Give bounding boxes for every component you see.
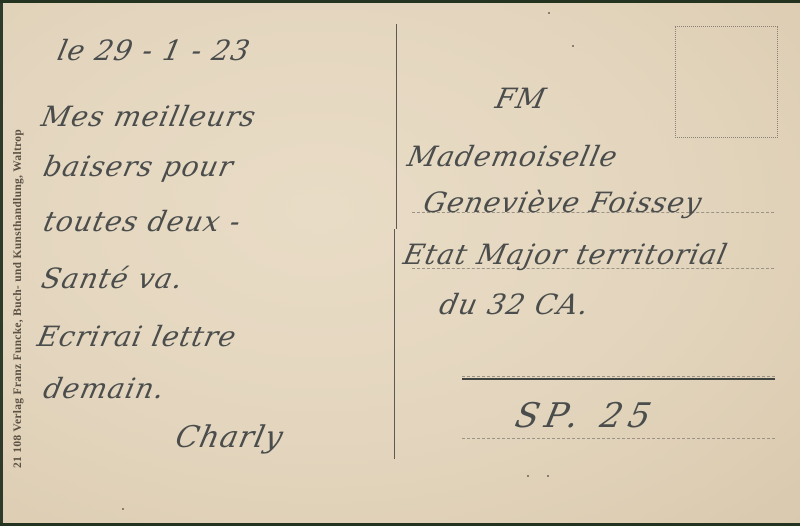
message-line: toutes deux - bbox=[40, 205, 244, 238]
paper-speck bbox=[527, 475, 529, 477]
address-line: Geneviève Foissey bbox=[420, 186, 705, 219]
paper-speck bbox=[547, 475, 549, 477]
stamp-box bbox=[675, 26, 778, 138]
address-line: Etat Major territorial bbox=[400, 238, 730, 271]
message-line: Mes meilleurs bbox=[38, 100, 259, 133]
vertical-divider bbox=[394, 229, 395, 459]
vertical-divider bbox=[396, 24, 397, 229]
address-guide-line bbox=[462, 376, 775, 377]
message-line: demain. bbox=[40, 372, 168, 405]
postcard-back: 21 108 Verlag Franz Funcke, Buch- und Ku… bbox=[0, 0, 800, 526]
message-line: Ecrirai lettre bbox=[34, 320, 239, 353]
postal-sector: SP. 25 bbox=[512, 396, 661, 436]
publisher-imprint: 21 108 Verlag Franz Funcke, Buch- und Ku… bbox=[12, 28, 24, 468]
message-date: le 29 - 1 - 23 bbox=[54, 34, 253, 67]
paper-speck bbox=[548, 12, 550, 14]
message-line: baisers pour bbox=[40, 150, 236, 183]
address-line: du 32 CA. bbox=[436, 288, 592, 321]
franchise-militaire: FM bbox=[492, 82, 549, 115]
address-line: Mademoiselle bbox=[404, 140, 621, 173]
signature: Charly bbox=[172, 420, 286, 455]
paper-speck bbox=[122, 508, 124, 510]
message-line: Santé va. bbox=[38, 262, 186, 295]
address-guide-line bbox=[462, 438, 775, 439]
address-solid-line bbox=[462, 378, 775, 380]
paper-speck bbox=[572, 45, 574, 47]
